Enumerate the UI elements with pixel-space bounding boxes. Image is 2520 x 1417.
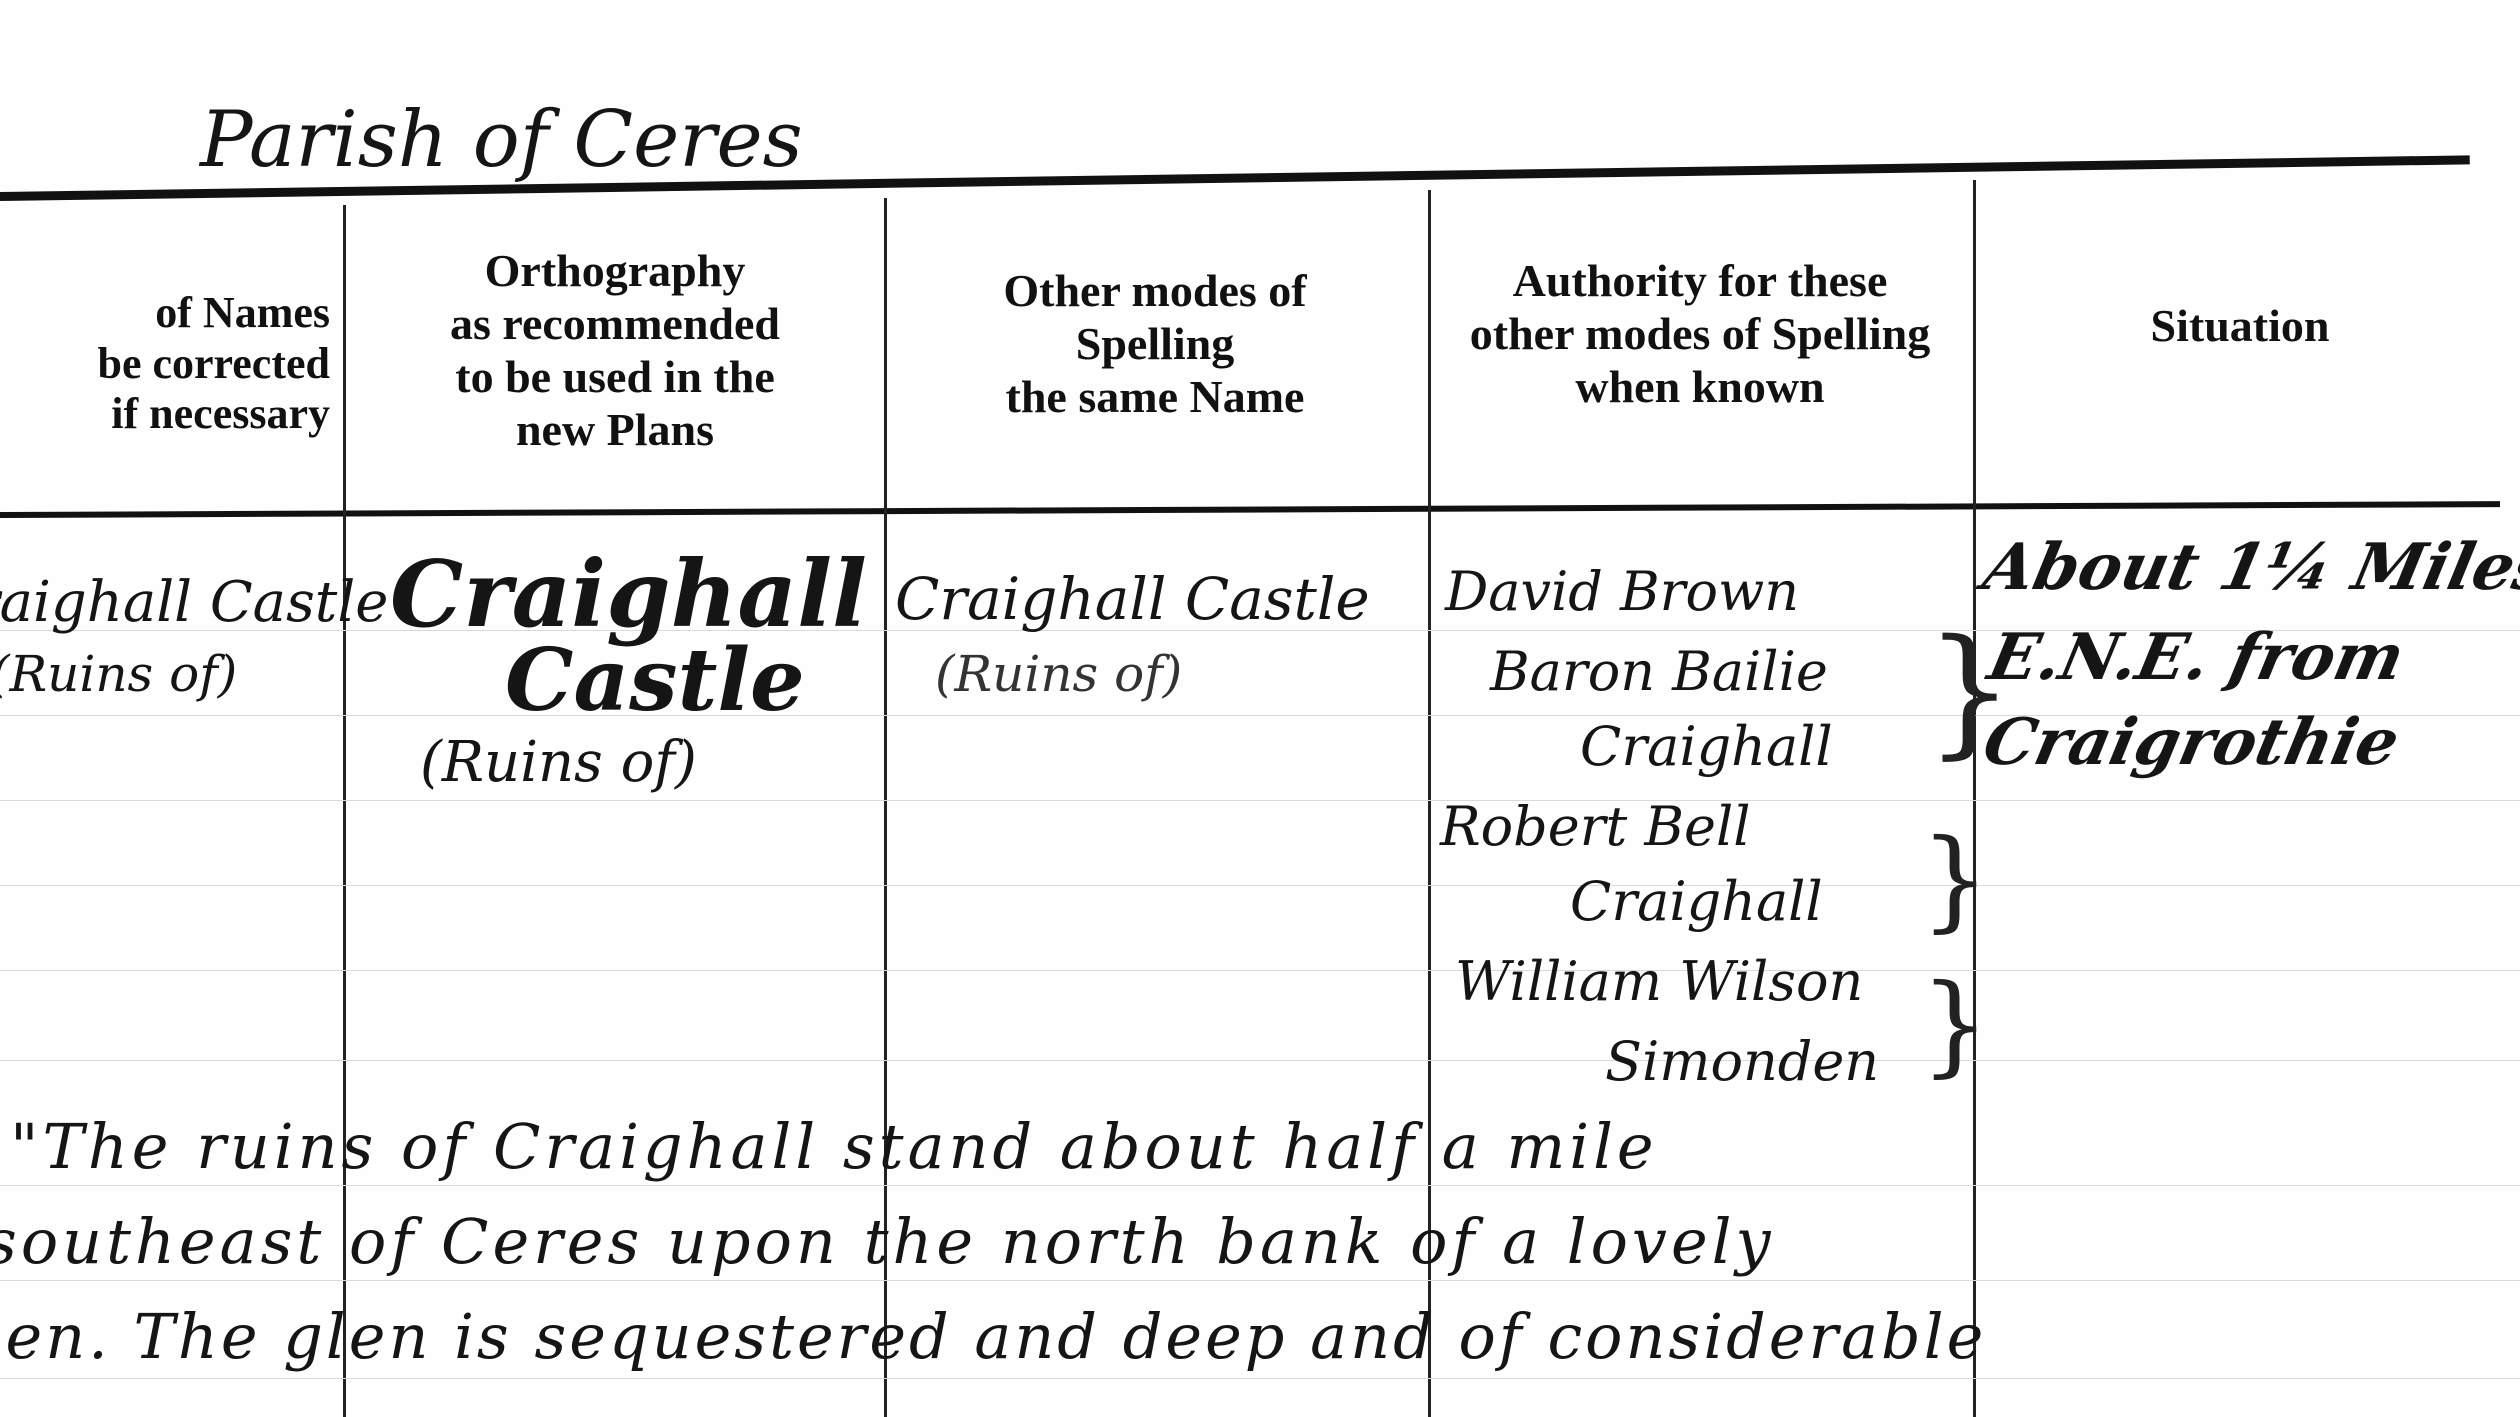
entry-orthography-qualifier: (Ruins of)	[420, 730, 697, 795]
authority-place: Craighall	[1580, 715, 1833, 778]
header-line: be corrected	[0, 339, 330, 390]
header-line: if necessary	[0, 389, 330, 440]
ruled-line	[0, 1185, 2520, 1186]
authority-name: David Brown	[1445, 560, 1799, 623]
header-line: to be used in the	[400, 351, 830, 404]
header-line: Situation	[1990, 300, 2490, 353]
name-book-page: Parish of Ceres of Names be corrected if…	[0, 0, 2520, 1417]
header-names-to-be-corrected: of Names be corrected if necessary	[0, 288, 330, 440]
ruled-line	[0, 800, 2520, 801]
authority-name: Robert Bell	[1440, 795, 1751, 858]
authority-name: William Wilson	[1455, 950, 1863, 1013]
situation-line1: About 1¼ Miles	[1977, 530, 2520, 605]
ruled-line	[0, 885, 2520, 886]
header-line: when known	[1440, 361, 1960, 414]
header-line: of Names	[0, 288, 330, 339]
header-situation: Situation	[1990, 300, 2490, 353]
situation-line2: E.N.E. from	[1982, 620, 2411, 695]
description-line: southeast of Ceres upon the north bank o…	[0, 1205, 1775, 1278]
brace-icon: }	[1920, 815, 1990, 943]
header-authority: Authority for these other modes of Spell…	[1440, 255, 1960, 414]
ruled-line	[0, 1060, 2520, 1061]
column-divider-4	[1973, 180, 1976, 1417]
entry-name: Craighall Castle	[0, 570, 388, 635]
header-line: the same Name	[920, 371, 1390, 424]
header-other-modes: Other modes of Spelling the same Name	[920, 265, 1390, 424]
entry-other-modes-qualifier: (Ruins of)	[935, 645, 1182, 703]
ruled-line	[0, 1378, 2520, 1379]
header-line: Authority for these	[1440, 255, 1960, 308]
entry-other-modes: Craighall Castle	[895, 565, 1370, 633]
header-line: other modes of Spelling	[1440, 308, 1960, 361]
situation-line3: Craigrothie	[1977, 705, 2406, 780]
entry-orthography-line2: Castle	[505, 630, 805, 731]
header-bottom-rule	[0, 501, 2500, 518]
authority-name: Baron Bailie	[1490, 640, 1828, 703]
header-line: new Plans	[400, 404, 830, 457]
description-line: glen. The glen is sequestered and deep a…	[0, 1300, 1986, 1373]
authority-place: Craighall	[1570, 870, 1823, 933]
ruled-line	[0, 970, 2520, 971]
header-line: as recommended	[400, 298, 830, 351]
parish-title: Parish of Ceres	[200, 95, 803, 185]
header-orthography: Orthography as recommended to be used in…	[400, 245, 830, 457]
ruled-line	[0, 1280, 2520, 1281]
description-line: "The ruins of Craighall stand about half…	[10, 1110, 1658, 1183]
entry-name-qualifier: (Ruins of)	[0, 645, 237, 703]
header-line: Spelling	[920, 318, 1390, 371]
authority-place: Simonden	[1605, 1030, 1879, 1093]
brace-icon: }	[1920, 960, 1990, 1088]
header-line: Orthography	[400, 245, 830, 298]
header-line: Other modes of	[920, 265, 1390, 318]
